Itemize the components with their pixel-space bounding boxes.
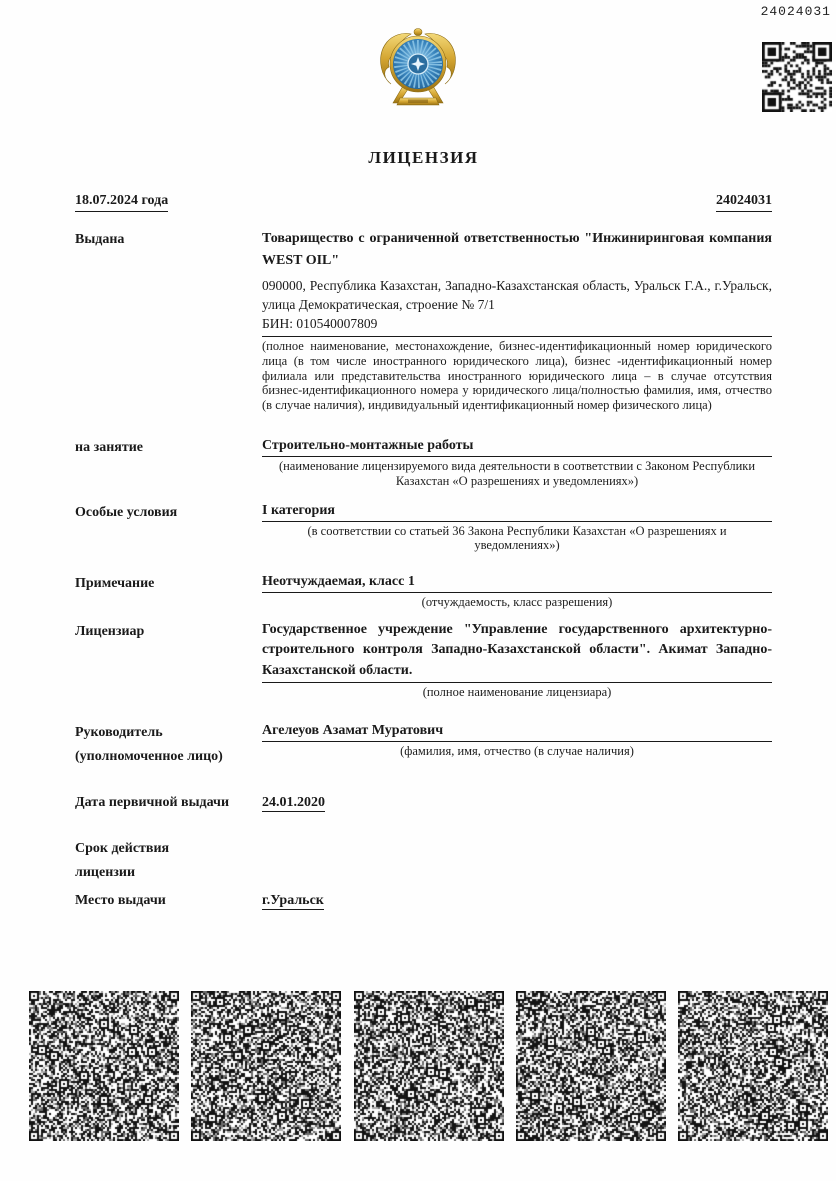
activity-value: Строительно-монтажные работы bbox=[262, 436, 772, 455]
field-label-licensor: Лицензиар bbox=[75, 620, 262, 700]
company-address: 090000, Республика Казахстан, Западно-Ка… bbox=[262, 276, 772, 314]
page-title: ЛИЦЕНЗИЯ bbox=[75, 148, 772, 168]
issue-date: 18.07.2024 года bbox=[75, 192, 168, 212]
field-caption-note: (отчуждаемость, класс разрешения) bbox=[262, 595, 772, 610]
validity-label-text: Срок действия лицензии bbox=[75, 837, 200, 885]
barcode-block bbox=[678, 991, 828, 1141]
field-row-activity: на занятие Строительно-монтажные работы … bbox=[75, 436, 772, 489]
field-row-first-issue-date: Дата первичной выдачи 24.01.2020 bbox=[75, 791, 772, 815]
company-bin: БИН: 010540007809 bbox=[262, 314, 772, 333]
doc-number-top: 24024031 bbox=[761, 4, 831, 19]
special-conditions-value: I категория bbox=[262, 501, 772, 520]
field-label-note: Примечание bbox=[75, 572, 262, 610]
licensor-value: Государственное учреждение "Управление г… bbox=[262, 620, 772, 682]
field-row-note: Примечание Неотчуждаемая, класс 1 (отчуж… bbox=[75, 572, 772, 610]
kazakhstan-emblem-icon bbox=[371, 26, 465, 110]
field-label-special-conditions: Особые условия bbox=[75, 501, 262, 554]
field-divider bbox=[262, 456, 772, 457]
field-row-issued-to: Выдана Товарищество с ограниченной ответ… bbox=[75, 228, 772, 413]
field-caption-issued-to: (полное наименование, местонахождение, б… bbox=[262, 339, 772, 413]
field-label-issue-place: Место выдачи bbox=[75, 889, 262, 913]
field-caption-activity: (наименование лицензируемого вида деятел… bbox=[262, 459, 772, 489]
field-label-validity: Срок действия лицензии bbox=[75, 837, 262, 885]
field-row-licensor: Лицензиар Государственное учреждение "Уп… bbox=[75, 620, 772, 700]
barcode-block bbox=[29, 991, 179, 1141]
field-label-activity: на занятие bbox=[75, 436, 262, 489]
date-number-row: 18.07.2024 года 24024031 bbox=[75, 192, 772, 212]
note-value: Неотчуждаемая, класс 1 bbox=[262, 572, 772, 591]
head-value: Агелеуов Азамат Муратович bbox=[262, 721, 772, 740]
license-document: 24024031 bbox=[0, 0, 836, 1181]
qr-code-icon bbox=[762, 42, 832, 112]
issue-place-value: г.Уральск bbox=[262, 893, 324, 910]
field-label-issued-to: Выдана bbox=[75, 228, 262, 413]
barcode-block bbox=[354, 991, 504, 1141]
field-label-head: Руководитель (уполномоченное лицо) bbox=[75, 721, 262, 769]
field-caption-head: (фамилия, имя, отчество (в случае наличи… bbox=[262, 744, 772, 759]
field-caption-special-conditions: (в соответствии со статьей 36 Закона Рес… bbox=[262, 524, 772, 554]
license-number: 24024031 bbox=[716, 192, 772, 212]
barcode-strip bbox=[29, 991, 828, 1141]
field-row-special-conditions: Особые условия I категория (в соответств… bbox=[75, 501, 772, 554]
field-row-head: Руководитель (уполномоченное лицо) Агеле… bbox=[75, 721, 772, 769]
first-issue-date-value: 24.01.2020 bbox=[262, 795, 325, 812]
barcode-block bbox=[516, 991, 666, 1141]
field-caption-licensor: (полное наименование лицензиара) bbox=[262, 685, 772, 700]
field-divider bbox=[262, 336, 772, 337]
field-label-first-issue-date: Дата первичной выдачи bbox=[75, 791, 262, 815]
field-divider bbox=[262, 741, 772, 742]
field-divider bbox=[262, 592, 772, 593]
field-row-issue-place: Место выдачи г.Уральск bbox=[75, 889, 772, 913]
company-name: Товарищество с ограниченной ответственно… bbox=[262, 228, 772, 272]
barcode-block bbox=[191, 991, 341, 1141]
document-body: ЛИЦЕНЗИЯ 18.07.2024 года 24024031 Выдана… bbox=[75, 148, 772, 913]
field-divider bbox=[262, 682, 772, 683]
field-divider bbox=[262, 521, 772, 522]
field-row-validity: Срок действия лицензии bbox=[75, 837, 772, 885]
